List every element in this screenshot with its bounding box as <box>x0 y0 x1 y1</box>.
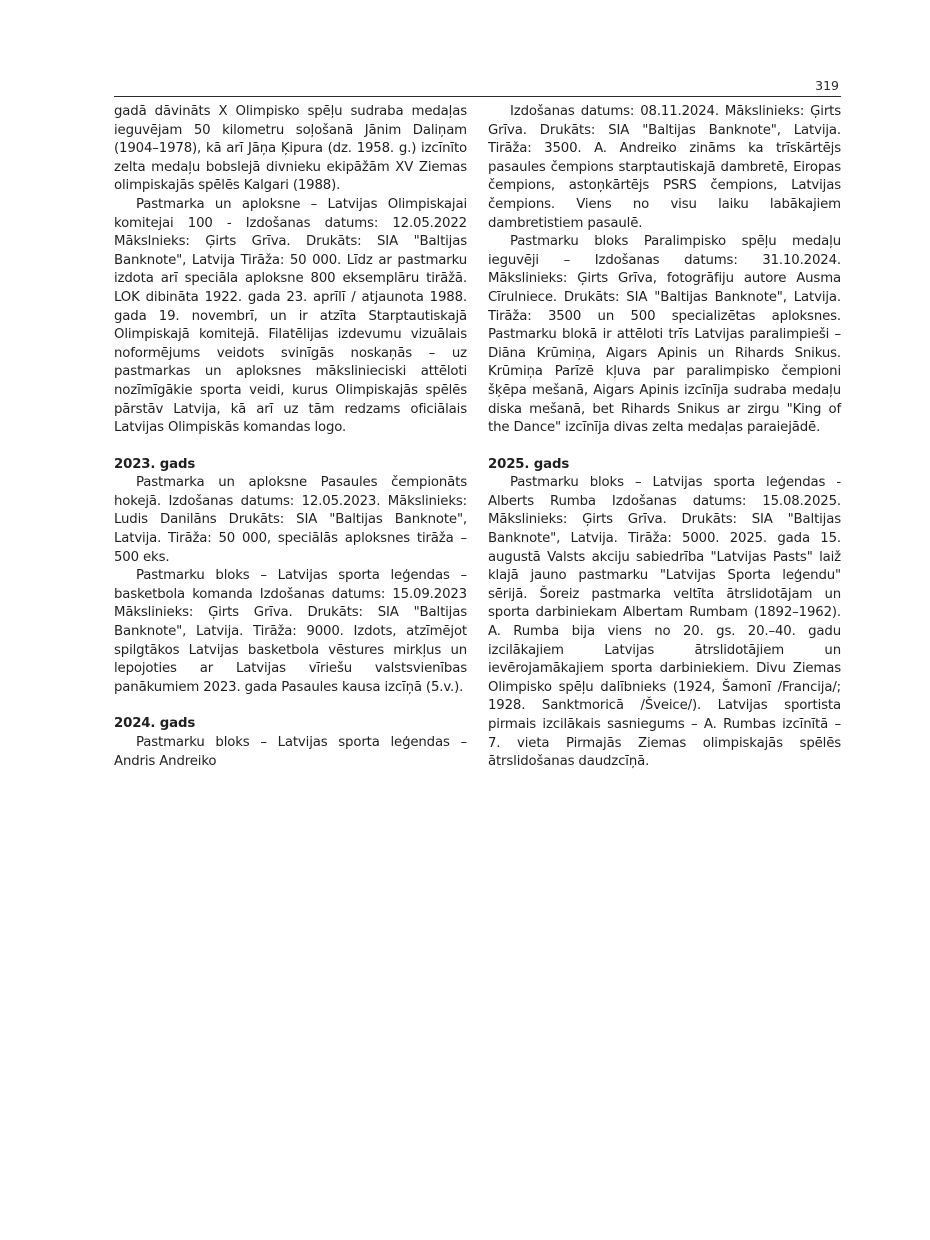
section-heading-2023: 2023. gads <box>114 456 467 475</box>
page-number: 319 <box>815 78 839 93</box>
paragraph-basketball-2023: Pastmarku bloks – Latvijas sporta leģend… <box>114 567 467 697</box>
paragraph-paralympic-2024: Pastmarku bloks Paralimpisko spēļu medaļ… <box>488 233 841 438</box>
paragraph-rumba-2025: Pastmarku bloks – Latvijas sporta leģend… <box>488 474 841 772</box>
paragraph-lok-100: Pastmarka un aploksne – Latvijas Olimpis… <box>114 196 467 438</box>
paragraph-andreiko-details: Izdošanas datums: 08.11.2024. Māksliniek… <box>488 103 841 233</box>
paragraph-hockey-2023: Pastmarka un aploksne Pasaules čempionāt… <box>114 474 467 567</box>
section-heading-2025: 2025. gads <box>488 456 841 475</box>
left-column: gadā dāvināts X Olimpisko spēļu sudraba … <box>114 103 467 771</box>
right-column: Izdošanas datums: 08.11.2024. Māksliniek… <box>488 103 841 772</box>
paragraph-andreiko-2024: Pastmarku bloks – Latvijas sporta leģend… <box>114 734 467 771</box>
header-rule <box>114 96 841 97</box>
paragraph-continued: gadā dāvināts X Olimpisko spēļu sudraba … <box>114 103 467 196</box>
section-heading-2024: 2024. gads <box>114 715 467 734</box>
